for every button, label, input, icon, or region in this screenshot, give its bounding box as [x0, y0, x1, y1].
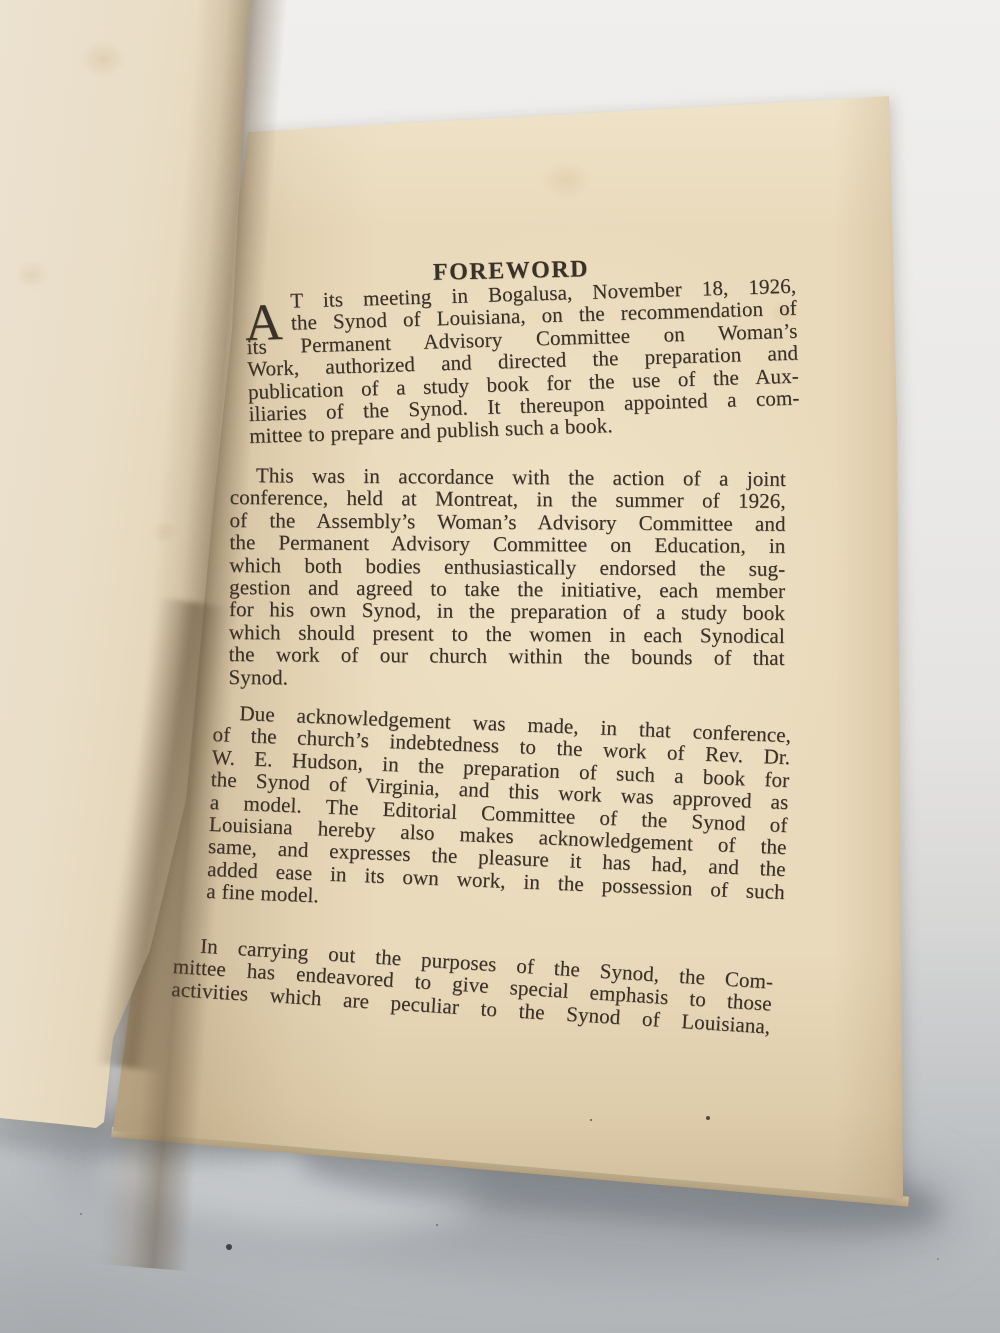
foxing-spot	[15, 260, 49, 290]
dust-speck	[937, 1258, 939, 1260]
book-photo: FOREWORD AT its meeting in Bogalusa, Nov…	[0, 0, 1000, 1333]
dust-speck	[436, 1224, 438, 1226]
left-page	[0, 0, 260, 1175]
left-page-wrap	[0, 0, 1000, 1333]
dust-speck	[198, 1263, 200, 1265]
foxing-spot	[80, 40, 126, 78]
dust-speck	[80, 1213, 82, 1215]
foxing-spot	[150, 520, 178, 544]
dust-speck	[226, 1244, 232, 1250]
